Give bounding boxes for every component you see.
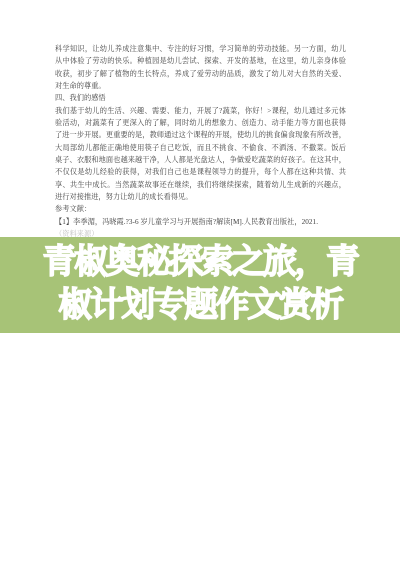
document-text-line: 享、共生中成长。当然蔬菜故事还在继续，我们将继续探索，随着幼儿生成新的兴趣点， xyxy=(55,179,346,191)
page-canvas: 科学知识，让幼儿养成注意集中、专注的好习惯，学习简单的劳动技能。另一方面，幼儿从… xyxy=(0,0,400,566)
document-text-line: 四、我们的感悟 xyxy=(55,92,346,104)
document-text-line: 科学知识，让幼儿养成注意集中、专注的好习惯，学习简单的劳动技能。另一方面，幼儿 xyxy=(55,43,346,55)
document-text-line: 我们基于幼儿的生活、兴趣、需要、能力，开展了?蔬菜，你好！>课程，幼儿通过多元体 xyxy=(55,105,346,117)
document-text-line: 不仅仅是幼儿经验的获得，对我们自己也是课程领导力的提升，每个人都在这种共情、共 xyxy=(55,166,346,178)
document-page: 科学知识，让幼儿养成注意集中、专注的好习惯，学习简单的劳动技能。另一方面，幼儿从… xyxy=(55,43,346,241)
document-text-line: 桌子、衣服和地面也越来越干净，人人都是光盘达人，争做爱吃蔬菜的好孩子。在这其中， xyxy=(55,154,346,166)
document-text-line: 从中体验了劳动的快乐。种植园是幼儿尝试、探索、开发的基地，在这里，幼儿亲身体验 xyxy=(55,55,346,67)
title-banner: 青椒奥秘探索之旅，青 椒计划专题作文赏析 xyxy=(0,237,400,333)
document-text-line: 【1】李季湄，冯晓霞.?3-6 岁儿童学习与开展指南?解读[M].人民教育出版社… xyxy=(55,216,346,228)
document-text: 科学知识，让幼儿养成注意集中、专注的好习惯，学习简单的劳动技能。另一方面，幼儿从… xyxy=(55,43,346,241)
banner-title-line1: 青椒奥秘探索之旅，青 xyxy=(0,241,400,284)
document-text-line: 验活动，对蔬菜有了更深入的了解，同时幼儿的想象力、创造力、动手能力等方面也获得 xyxy=(55,117,346,129)
document-text-line: 了进一步开展。更重要的是，教师通过这个课程的开展，使幼儿的挑食偏食现象有所改善， xyxy=(55,129,346,141)
document-text-line: 对生命的尊重。 xyxy=(55,80,346,92)
document-text-line: 大局部幼儿都能正确地使用筷子自己吃饭，而且不挑食、不偷食、不洒汤、不撒菜。饭后 xyxy=(55,142,346,154)
document-text-line: 参考文献： xyxy=(55,203,346,215)
banner-title-line2: 椒计划专题作文赏析 xyxy=(0,284,400,327)
document-text-line: 进行对接推进，努力让幼儿的成长看得见。 xyxy=(55,191,346,203)
document-text-line: 收获，初步了解了植物的生长特点，养成了爱劳动的品质，激发了幼儿对大自然的关爱、 xyxy=(55,68,346,80)
